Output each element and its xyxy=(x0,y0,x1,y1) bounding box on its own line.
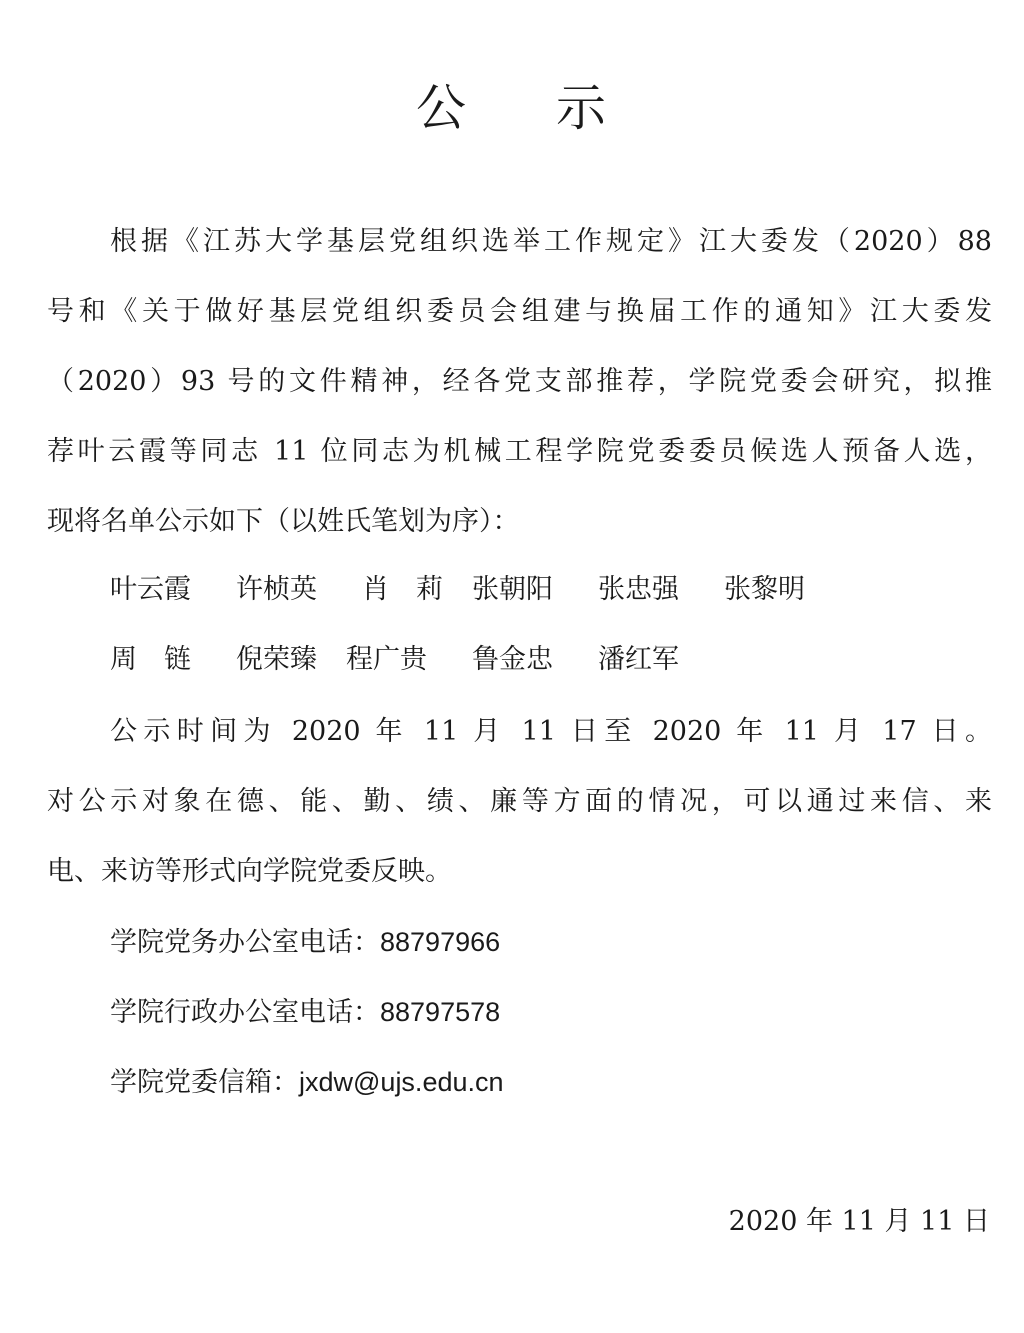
paragraph-line: 现将名单公示如下（以姓氏笔划为序）： xyxy=(47,502,992,542)
candidate-name: 鲁金忠 xyxy=(472,640,553,680)
paragraph-line: 对公示对象在德、能、勤、绩、廉等方面的情况，可以通过来信、来 xyxy=(47,782,992,822)
paragraph-line: 电、来访等形式向学院党委反映。 xyxy=(47,852,992,892)
contact-email: 学院党委信箱：jxdw@ujs.edu.cn xyxy=(110,1062,504,1103)
contact-admin-office: 学院行政办公室电话：88797578 xyxy=(110,992,500,1033)
contact-label: 学院行政办公室电话： xyxy=(110,997,380,1028)
candidate-name: 张朝阳 xyxy=(472,570,553,610)
candidate-name: 潘红军 xyxy=(598,640,679,680)
document-date: 2020 年 11 月 11 日 xyxy=(729,1202,990,1242)
contact-party-office: 学院党务办公室电话：88797966 xyxy=(110,922,500,963)
candidate-name: 张忠强 xyxy=(598,570,679,610)
contact-label: 学院党务办公室电话： xyxy=(110,927,380,958)
phone-number: 88797966 xyxy=(380,927,500,957)
title-char-1: 公 xyxy=(416,68,468,140)
email-address: jxdw@ujs.edu.cn xyxy=(299,1067,504,1097)
candidate-name: 许桢英 xyxy=(236,570,317,610)
paragraph-line: 荐叶云霞等同志 11 位同志为机械工程学院党委委员候选人预备人选， xyxy=(47,432,992,472)
candidate-name: 张黎明 xyxy=(724,570,805,610)
paragraph-line: 号和《关于做好基层党组织委员会组建与换届工作的通知》江大委发 xyxy=(47,292,992,332)
publicity-period: 公示时间为 2020 年 11 月 11 日至 2020 年 11 月 17 日… xyxy=(110,712,992,752)
candidate-name: 肖 莉 xyxy=(362,570,443,610)
paragraph-line: （2020）93 号的文件精神，经各党支部推荐，学院党委会研究，拟推 xyxy=(47,362,992,402)
candidate-name: 周 链 xyxy=(110,640,191,680)
title-char-2: 示 xyxy=(556,68,608,140)
paragraph-line: 根据《江苏大学基层党组织选举工作规定》江大委发（2020）88 xyxy=(110,222,992,262)
candidate-name: 倪荣臻 xyxy=(236,640,317,680)
contact-label: 学院党委信箱： xyxy=(110,1067,299,1098)
candidate-name: 叶云霞 xyxy=(110,570,191,610)
candidate-name: 程广贵 xyxy=(346,640,427,680)
phone-number: 88797578 xyxy=(380,997,500,1027)
page-title: 公示 xyxy=(0,68,1024,140)
